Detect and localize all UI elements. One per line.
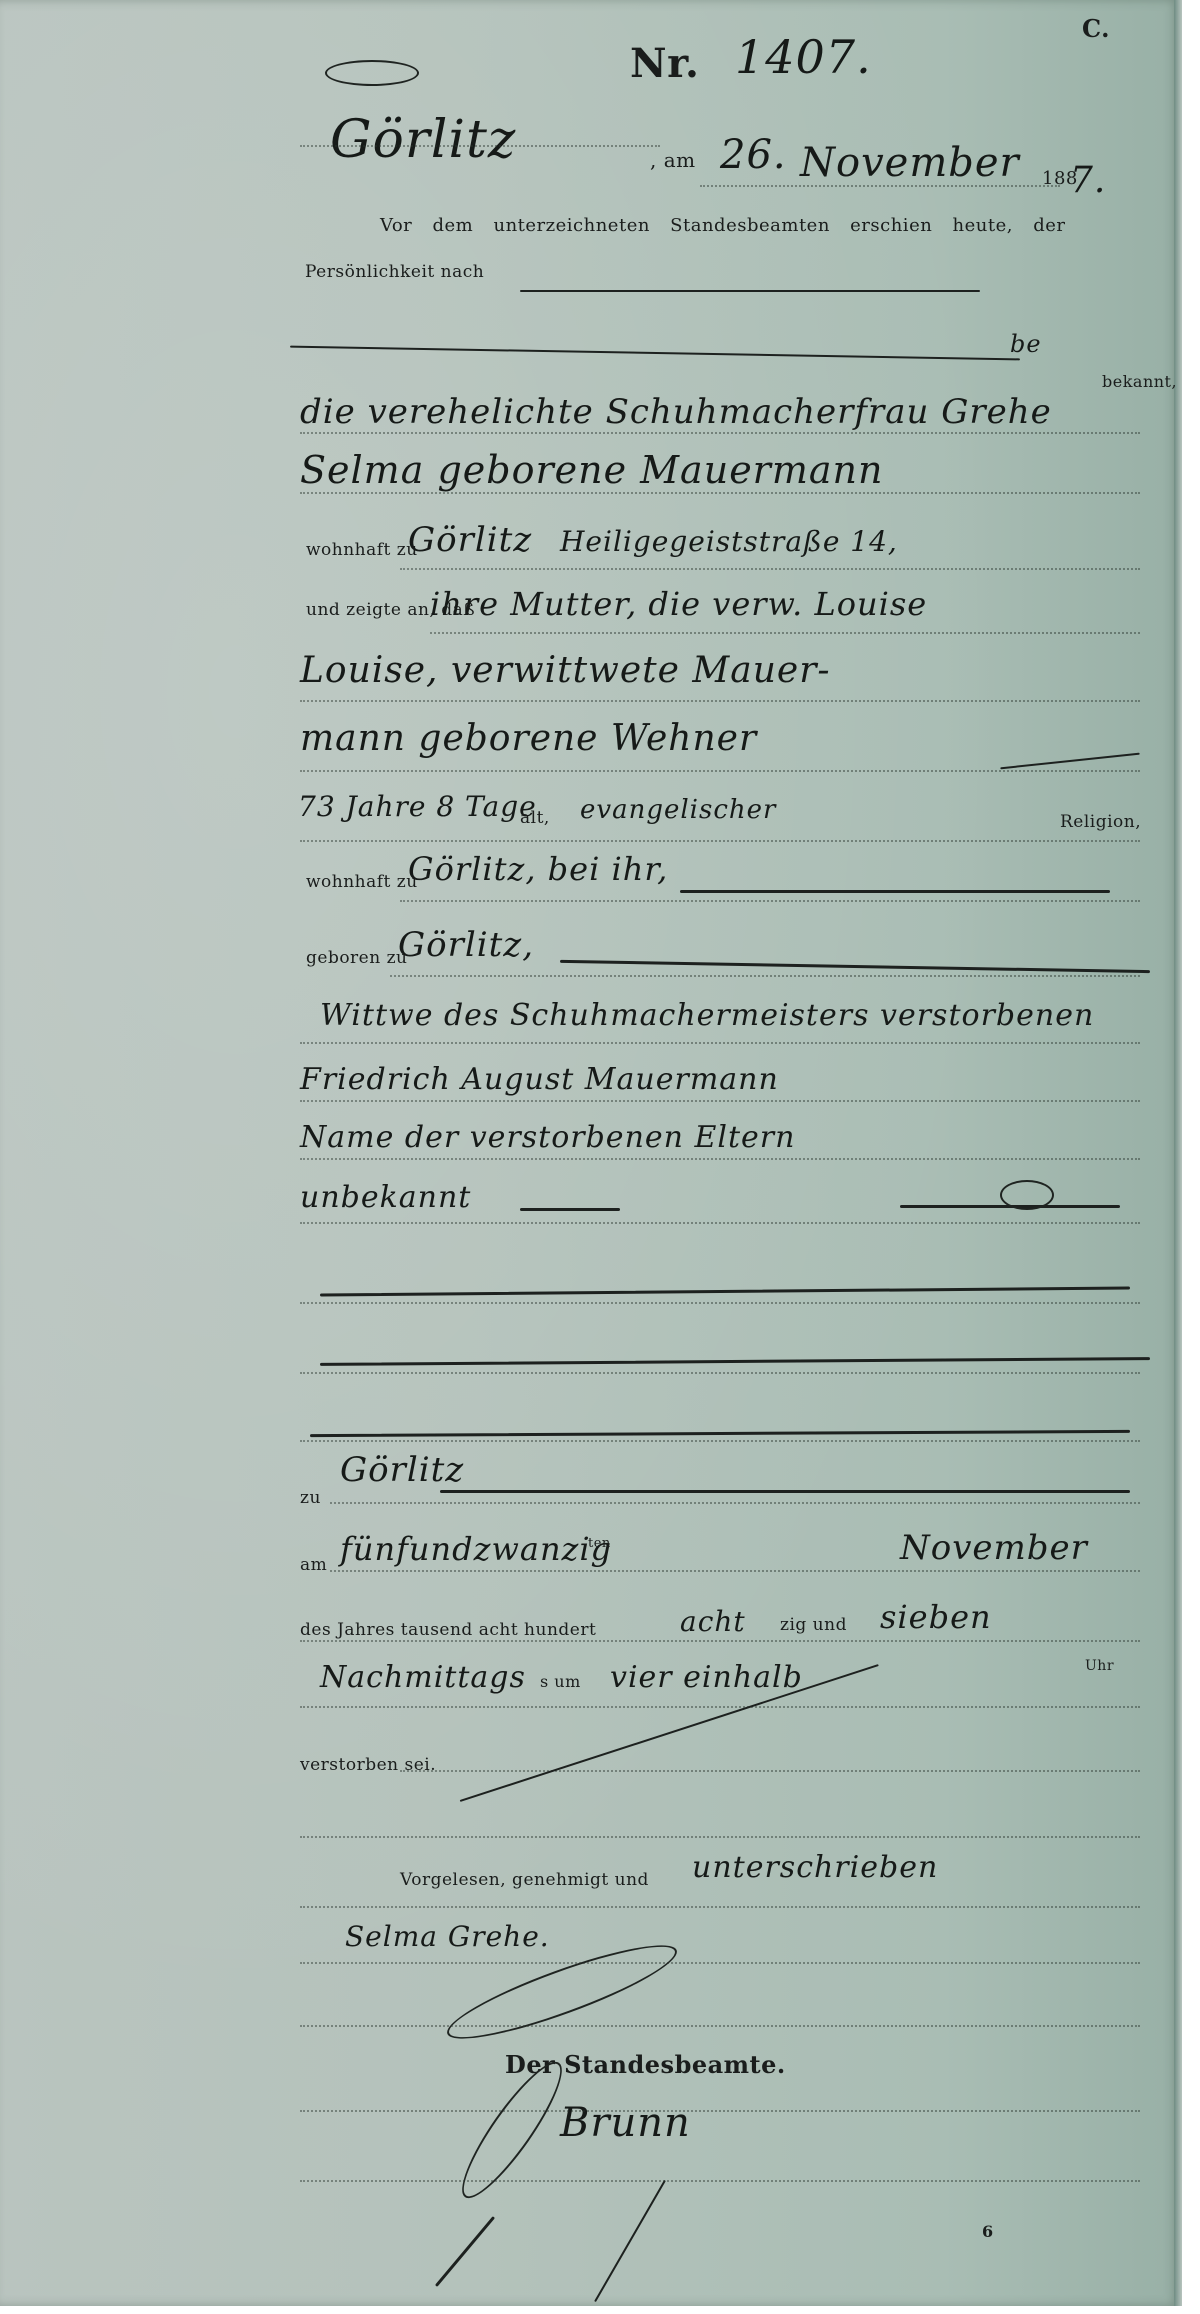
fill-stroke [440, 1490, 1130, 1493]
page-edge [1174, 0, 1182, 2306]
parents-line-1: Wittwe des Schuhmachermeisters verstorbe… [320, 998, 1094, 1033]
ruled-line [300, 1440, 1140, 1442]
birth-value: Görlitz, [398, 925, 534, 965]
record-number-value: 1407. [735, 30, 872, 84]
death-place-value: Görlitz [340, 1450, 464, 1490]
residence-street: Heiligegeiststraße 14, [560, 525, 898, 558]
ruled-line [300, 700, 1140, 702]
parents-line-2: Friedrich August Mauermann [300, 1062, 779, 1097]
death-time-suffix: Uhr [1085, 1658, 1114, 1674]
flourish-decoration [1000, 1180, 1054, 1210]
fill-stroke [680, 890, 1110, 893]
known-suffix: bekannt, [1102, 372, 1177, 391]
ruled-line [390, 975, 1140, 977]
death-closing-label: verstorben sei. [300, 1755, 436, 1775]
identity-label: Persönlichkeit nach [305, 262, 484, 282]
ruled-line [300, 432, 1140, 434]
age-label: alt, [520, 808, 550, 828]
date-line [700, 185, 1060, 187]
read-approved-label: Vorgelesen, genehmigt und [400, 1870, 649, 1890]
ruled-line [330, 1502, 1140, 1504]
birth-label: geboren zu [306, 948, 408, 968]
page-number: 6 [982, 2222, 994, 2241]
ruled-line [300, 1372, 1140, 1374]
registrar-signature: Brunn [560, 2100, 691, 2146]
date-month: November [800, 140, 1020, 186]
place-line [300, 145, 660, 147]
record-number-label: Nr. [630, 40, 699, 87]
ruled-line [330, 1570, 1140, 1572]
ruled-line [400, 568, 1140, 570]
fill-stroke [520, 1208, 620, 1211]
date-day: 26. [720, 132, 787, 178]
parents-line-3: Name der verstorbenen Eltern [300, 1120, 795, 1155]
ruled-line [300, 1158, 1140, 1160]
religion-label: Religion, [1060, 812, 1141, 832]
ruled-line [300, 2025, 1140, 2027]
ruled-line [300, 1042, 1140, 1044]
known-hand-prefix: be [1010, 330, 1042, 358]
date-label: , am [650, 148, 696, 172]
flourish-decoration [325, 60, 419, 86]
death-day-value: fünfundzwanzig [340, 1530, 612, 1568]
death-year-label: des Jahres tausend acht hundert [300, 1620, 596, 1640]
death-day-label: am [300, 1555, 327, 1575]
ruled-line [300, 1100, 1140, 1102]
ruled-line [400, 900, 1140, 902]
ruled-line [300, 1962, 1140, 1964]
deceased-residence-value: Görlitz, bei ihr, [408, 850, 668, 888]
death-year-decade: acht [680, 1605, 746, 1638]
death-year-unit: sieben [880, 1598, 992, 1636]
death-time-label: s um [540, 1672, 581, 1691]
year-suffix: 7. [1070, 160, 1106, 201]
identity-line-stroke [520, 290, 980, 292]
residence-place: Görlitz [408, 520, 532, 560]
age-value: 73 Jahre 8 Tage [298, 790, 537, 823]
parents-line-4: unbekannt [300, 1180, 471, 1215]
ruled-line [300, 1836, 1140, 1838]
ruled-line [300, 840, 1140, 842]
intro-line-1: Vor dem unterzeichneten Standesbeamten e… [380, 215, 1065, 236]
death-day-suffix: ten [588, 1536, 611, 1551]
ruled-line [430, 632, 1140, 634]
ruled-line [300, 2180, 1140, 2182]
death-place-label: zu [300, 1488, 321, 1508]
announcement-line-1: ihre Mutter, die verw. Louise [430, 585, 927, 623]
corner-letter: C. [1082, 14, 1110, 43]
ruled-line [300, 492, 1140, 494]
ruled-line [300, 1906, 1140, 1908]
informant-signature: Selma Grehe. [345, 1920, 550, 1953]
ruled-line [300, 2110, 1140, 2112]
death-time-hour: vier einhalb [610, 1660, 803, 1695]
ruled-line [400, 1770, 1140, 1772]
ruled-line [300, 1640, 1140, 1642]
ruled-line [300, 770, 1140, 772]
announcement-line-2: Louise, verwittwete Mauer- [300, 650, 831, 691]
ruled-line [300, 1706, 1140, 1708]
informant-line-1: die verehelichte Schuhmacherfrau Grehe [300, 392, 1052, 432]
ruled-line [300, 1222, 1140, 1224]
registration-place: Görlitz [330, 110, 516, 170]
announcement-line-3: mann geborene Wehner [300, 718, 757, 759]
death-year-zig: zig und [780, 1615, 847, 1635]
informant-line-2: Selma geborene Mauermann [300, 448, 883, 492]
ruled-line [300, 1302, 1140, 1304]
death-month-value: November [900, 1528, 1088, 1568]
residence-label: wohnhaft zu [306, 540, 418, 560]
deceased-residence-label: wohnhaft zu [306, 872, 418, 892]
religion-value: evangelischer [580, 795, 776, 825]
death-time-value: Nachmittags [320, 1660, 526, 1695]
read-approved-hand: unterschrieben [692, 1850, 938, 1885]
